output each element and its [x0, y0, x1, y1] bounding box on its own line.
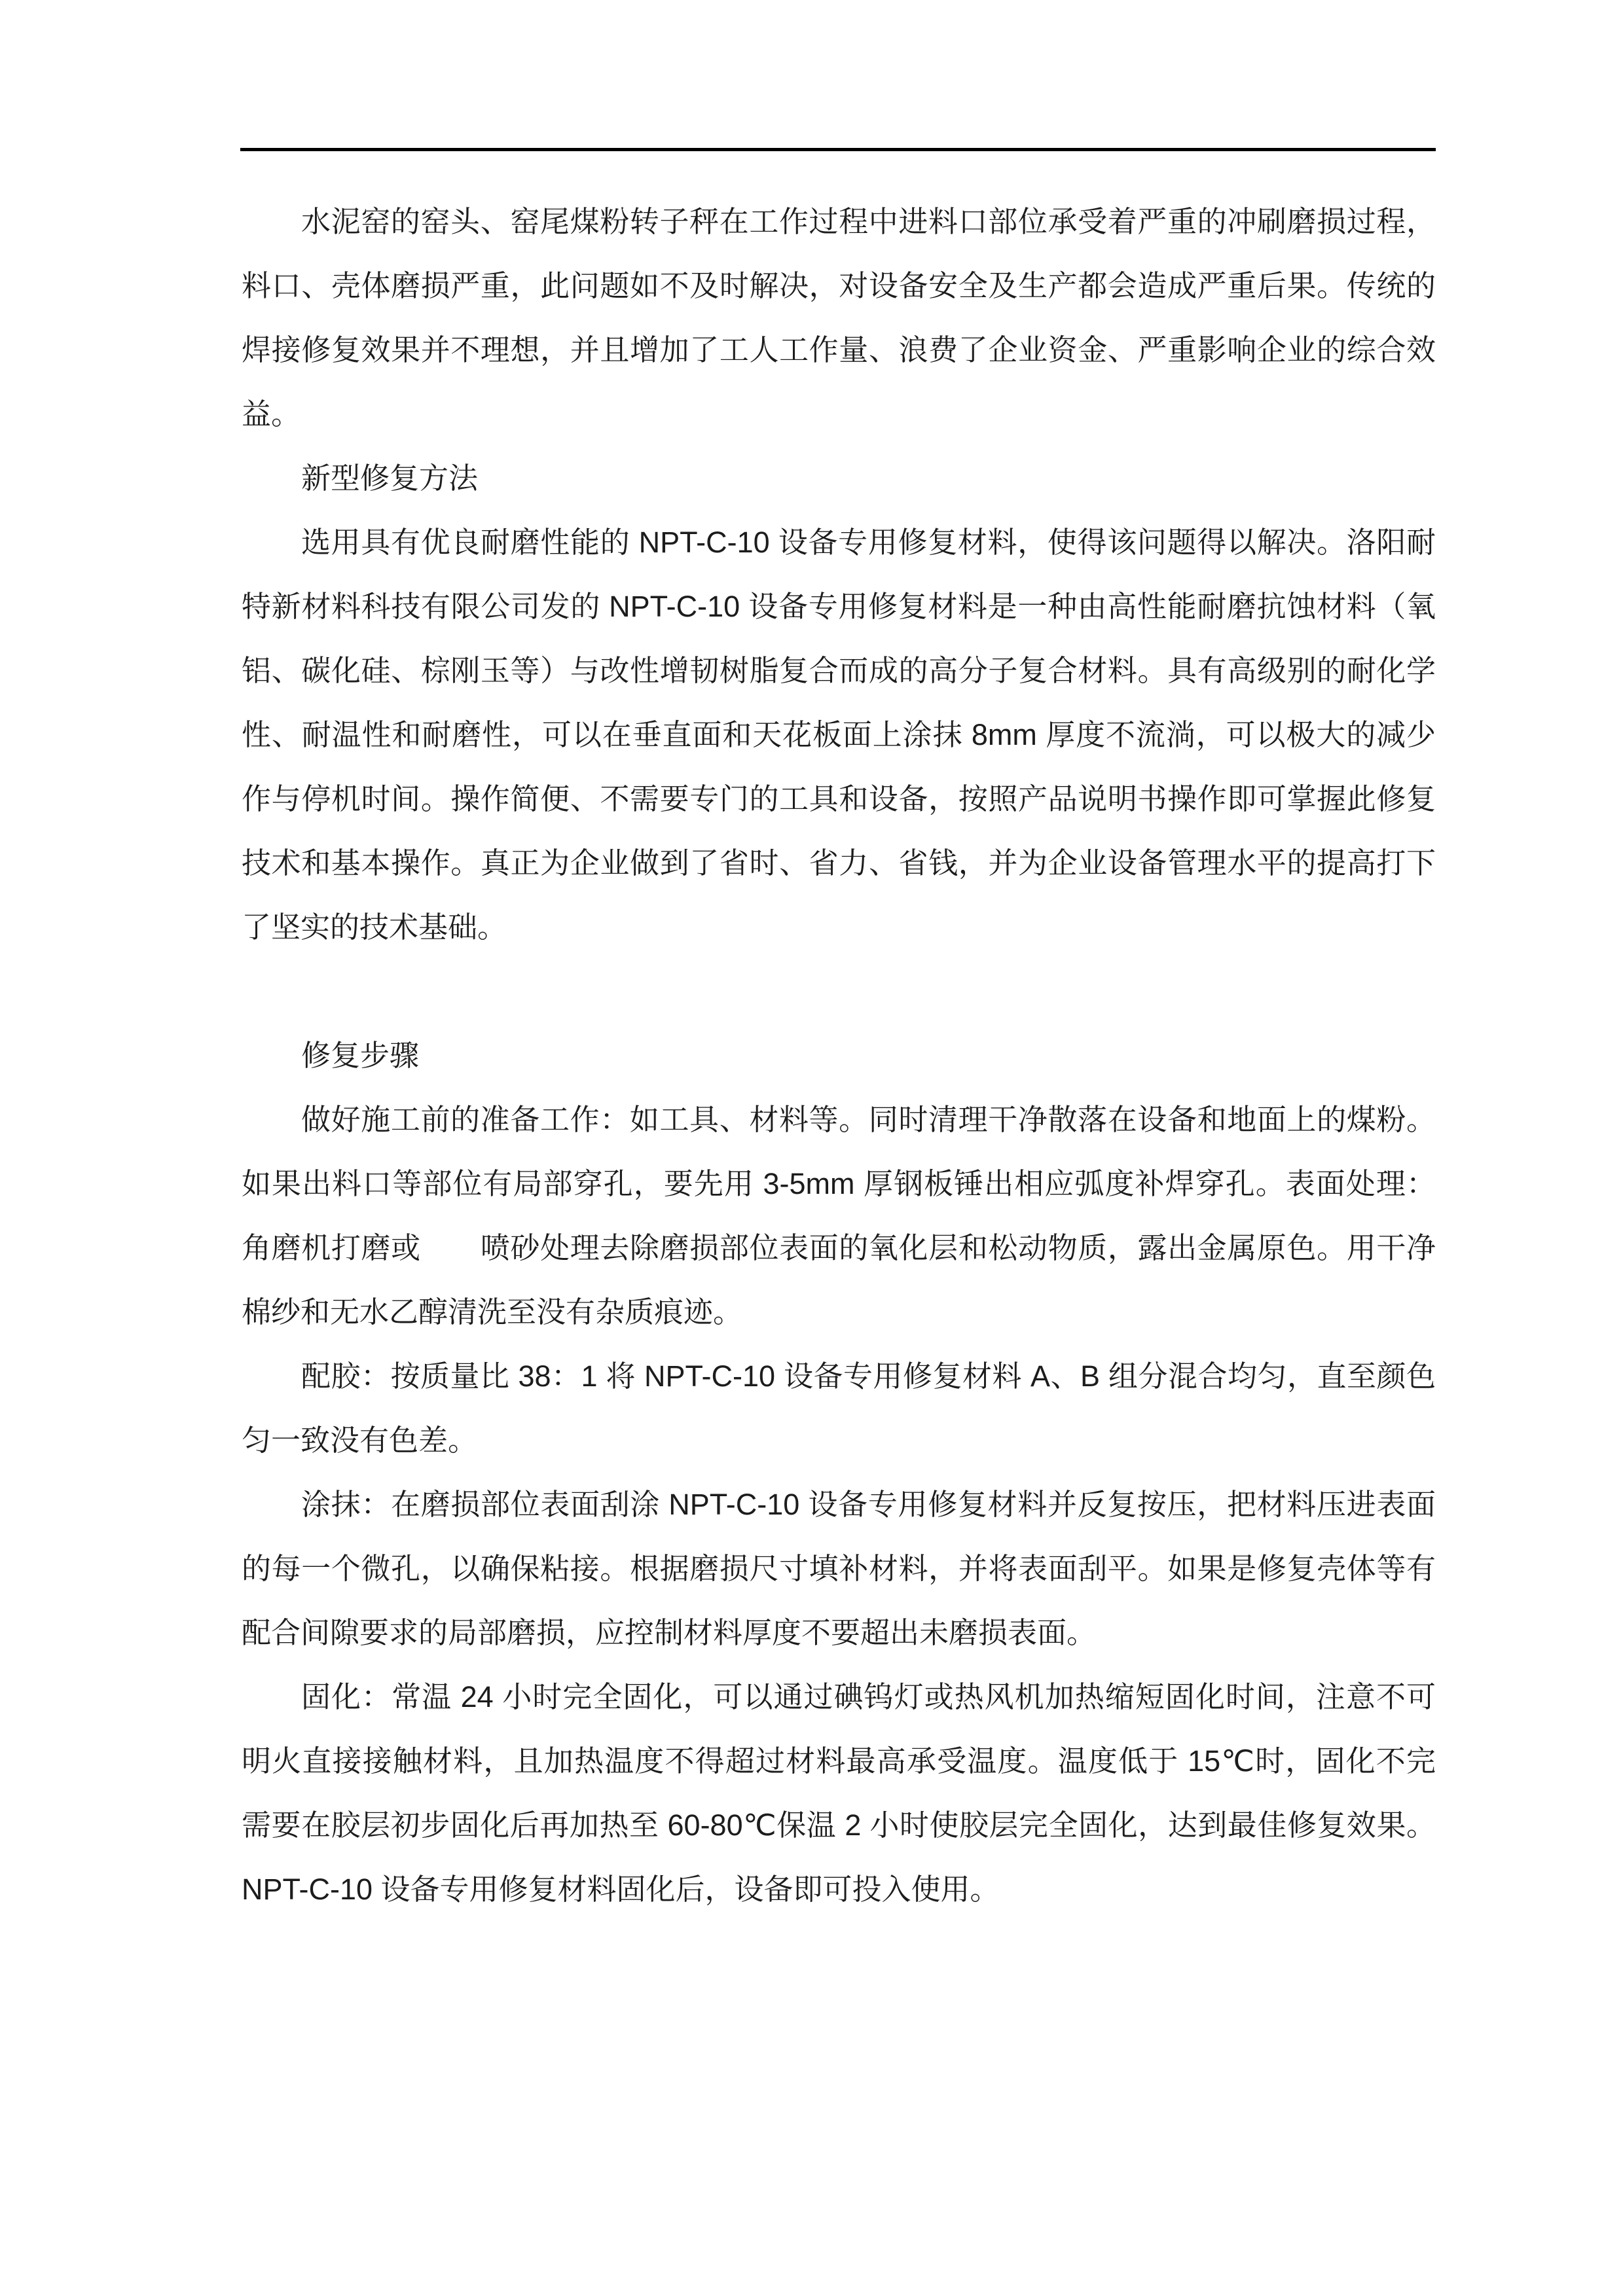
body-line: 配合间隙要求的局部磨损，应控制材料厚度不要超出未磨损表面。 — [242, 1601, 1436, 1665]
body-line: 了坚实的技术基础。 — [242, 895, 1436, 960]
body-line: 水泥窑的窑头、窑尾煤粉转子秤在工作过程中进料口部位承受着严重的冲刷磨损过程，进 — [242, 190, 1436, 254]
body-line: 角磨机打磨或 喷砂处理去除磨损部位表面的氧化层和松动物质，露出金属原色。用干净 — [242, 1216, 1436, 1280]
body-line: 益。 — [242, 382, 1436, 446]
body-line: 如果出料口等部位有局部穿孔，要先用 3-5mm 厚钢板锤出相应弧度补焊穿孔。表面… — [242, 1152, 1436, 1216]
body-line: 需要在胶层初步固化后再加热至 60-80℃保温 2 小时使胶层完全固化，达到最佳… — [242, 1793, 1436, 1857]
heading-line: 修复步骤 — [242, 1024, 1436, 1088]
body-line: 的每一个微孔，以确保粘接。根据磨损尺寸填补材料，并将表面刮平。如果是修复壳体等有 — [242, 1537, 1436, 1601]
body-line: 固化：常温 24 小时完全固化，可以通过碘钨灯或热风机加热缩短固化时间，注意不可… — [242, 1665, 1436, 1729]
document-body: 水泥窑的窑头、窑尾煤粉转子秤在工作过程中进料口部位承受着严重的冲刷磨损过程，进料… — [242, 190, 1436, 1922]
body-line: 铝、碳化硅、棕刚玉等）与改性增韧树脂复合而成的高分子复合材料。具有高级别的耐化学 — [242, 639, 1436, 703]
body-line: 焊接修复效果并不理想，并且增加了工人工作量、浪费了企业资金、严重影响企业的综合效 — [242, 318, 1436, 382]
body-line: 配胶：按质量比 38：1 将 NPT-C-10 设备专用修复材料 A、B 组分混… — [242, 1344, 1436, 1408]
body-line: 棉纱和无水乙醇清洗至没有杂质痕迹。 — [242, 1280, 1436, 1344]
body-line: 匀一致没有色差。 — [242, 1408, 1436, 1473]
body-line: 做好施工前的准备工作：如工具、材料等。同时清理干净散落在设备和地面上的煤粉。 — [242, 1088, 1436, 1152]
header-rule — [240, 148, 1436, 151]
body-line: 选用具有优良耐磨性能的 NPT-C-10 设备专用修复材料，使得该问题得以解决。… — [242, 511, 1436, 575]
body-line: 涂抹：在磨损部位表面刮涂 NPT-C-10 设备专用修复材料并反复按压，把材料压… — [242, 1473, 1436, 1537]
body-line: 特新材料科技有限公司发的 NPT-C-10 设备专用修复材料是一种由高性能耐磨抗… — [242, 575, 1436, 639]
document-page: 水泥窑的窑头、窑尾煤粉转子秤在工作过程中进料口部位承受着严重的冲刷磨损过程，进料… — [0, 0, 1623, 2296]
heading-line: 新型修复方法 — [242, 446, 1436, 511]
body-line: 技术和基本操作。真正为企业做到了省时、省力、省钱，并为企业设备管理水平的提高打下 — [242, 831, 1436, 895]
body-line: 作与停机时间。操作简便、不需要专门的工具和设备，按照产品说明书操作即可掌握此修复 — [242, 767, 1436, 831]
body-line: 性、耐温性和耐磨性，可以在垂直面和天花板面上涂抹 8mm 厚度不流淌，可以极大的… — [242, 703, 1436, 767]
body-line: NPT-C-10 设备专用修复材料固化后，设备即可投入使用。 — [242, 1857, 1436, 1922]
body-line: 料口、壳体磨损严重，此问题如不及时解决，对设备安全及生产都会造成严重后果。传统的 — [242, 254, 1436, 318]
blank-line — [242, 960, 1436, 1024]
body-line: 明火直接接触材料，且加热温度不得超过材料最高承受温度。温度低于 15℃时，固化不… — [242, 1729, 1436, 1793]
